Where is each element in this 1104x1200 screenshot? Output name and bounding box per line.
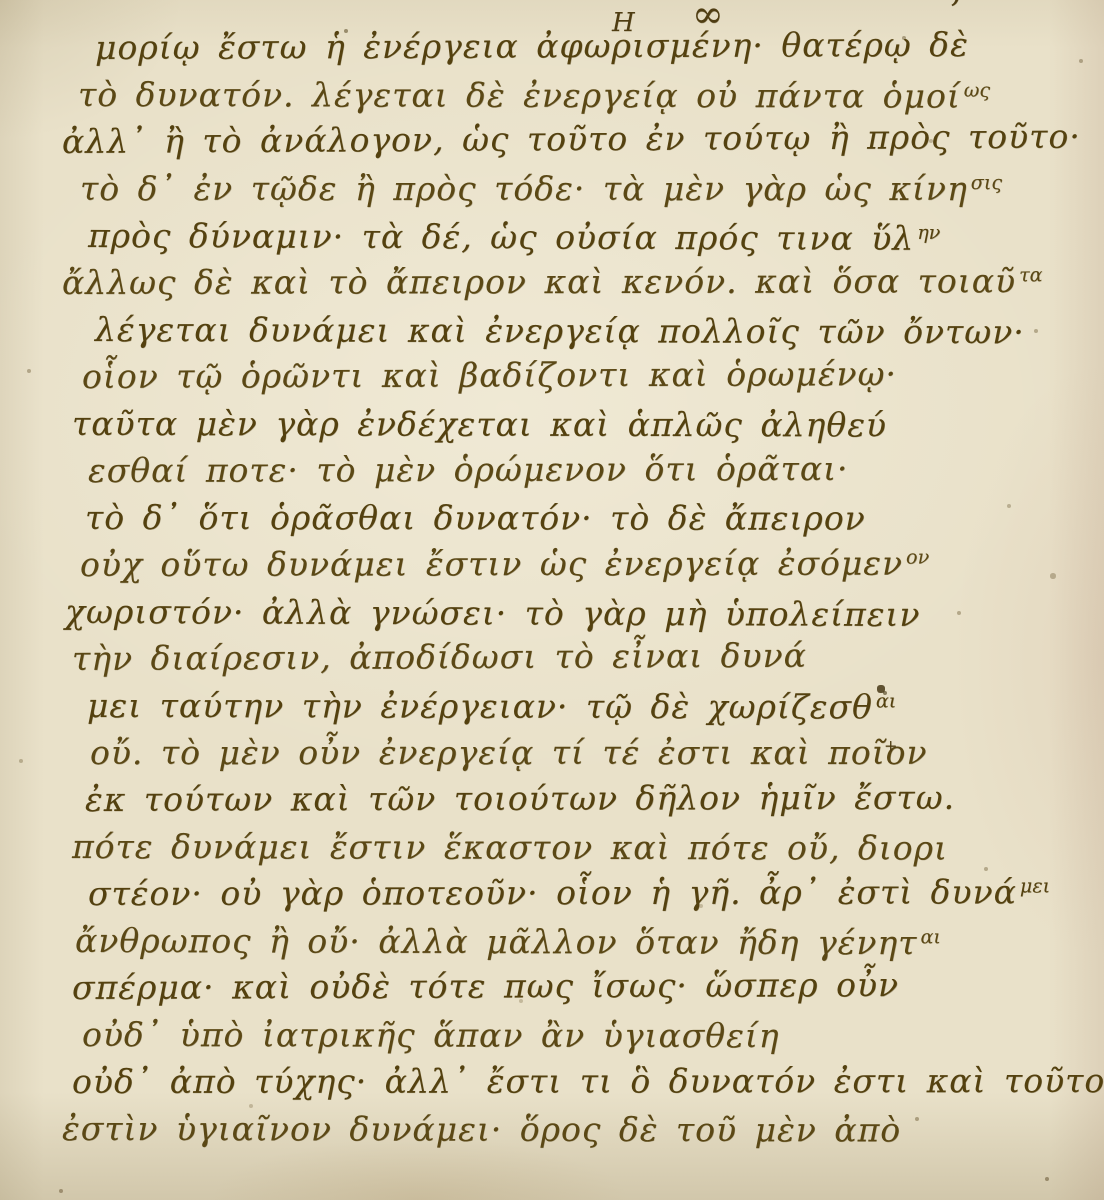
manuscript-line-text: σπέρμα· καὶ οὐδὲ τότε πως ἴσως· ὥσπερ οὖ… bbox=[72, 965, 899, 1007]
manuscript-line: ἀλλ᾽ ἢ τὸ ἀνάλογον, ὡς τοῦτο ἐν τούτῳ ἢ … bbox=[62, 117, 1081, 162]
manuscript-line: ἐκ τούτων καὶ τῶν τοιούτων δῆλον ἡμῖν ἔσ… bbox=[85, 778, 955, 820]
manuscript-line-text: πρὸς δύναμιν· τὰ δέ, ὡς οὐσία πρός τινα … bbox=[88, 216, 914, 258]
manuscript-line-text: τὴν διαίρεσιν, ἀποδίδωσι τὸ εἶναι δυνά bbox=[72, 636, 807, 678]
manuscript-line-text: πότε δυνάμει ἔστιν ἕκαστον καὶ πότε οὔ, … bbox=[72, 827, 948, 868]
superscript-abbreviation: ον bbox=[906, 538, 929, 578]
manuscript-line: λέγεται δυνάμει καὶ ἐνεργείᾳ πολλοῖς τῶν… bbox=[95, 310, 1025, 352]
manuscript-line: χωριστόν· ἀλλὰ γνώσει· τὸ γὰρ μὴ ὑπολείπ… bbox=[65, 592, 921, 635]
manuscript-line: οὔ. τὸ μὲν οὖν ἐνεργείᾳ τί τέ ἐστι καὶ π… bbox=[90, 733, 928, 773]
interlinear-mark: + bbox=[884, 736, 897, 755]
manuscript-line: τὸ δ᾽ ἐν τῷδε ἢ πρὸς τόδε· τὰ μὲν γὰρ ὡς… bbox=[80, 169, 1002, 214]
manuscript-line-text: χωριστόν· ἀλλὰ γνώσει· τὸ γὰρ μὴ ὑπολείπ… bbox=[65, 592, 921, 634]
manuscript-line-text: ἄλλως δὲ καὶ τὸ ἄπειρον καὶ κενόν. καὶ ὅ… bbox=[62, 261, 1016, 302]
superscript-abbreviation: σις bbox=[971, 163, 1002, 203]
manuscript-line-text: στέον· οὐ γὰρ ὁποτεοῦν· οἷον ἡ γῆ. ἆρ᾽ ἐ… bbox=[88, 872, 1017, 913]
manuscript-line-text: ἄνθρωπος ἢ οὔ· ἀλλὰ μᾶλλον ὅταν ἤδη γένη… bbox=[75, 921, 918, 962]
interlinear-mark: ∞ bbox=[692, 0, 724, 36]
manuscript-line: στέον· οὐ γὰρ ὁποτεοῦν· οἷον ἡ γῆ. ἆρ᾽ ἐ… bbox=[88, 872, 1050, 919]
manuscript-line: μορίῳ ἔστω ἡ ἐνέργεια ἀφωρισμένη· θατέρῳ… bbox=[95, 25, 969, 68]
manuscript-line-text: τὸ δ᾽ ἐν τῷδε ἢ πρὸς τόδε· τὰ μὲν γὰρ ὡς… bbox=[80, 169, 968, 208]
manuscript-page: μορίῳ ἔστω ἡ ἐνέργεια ἀφωρισμένη· θατέρῳ… bbox=[0, 0, 1104, 1200]
manuscript-line-text: μορίῳ ἔστω ἡ ἐνέργεια ἀφωρισμένη· θατέρῳ… bbox=[95, 25, 969, 67]
manuscript-line-text: ἐστὶν ὑγιαῖνον δυνάμει· ὅρος δὲ τοῦ μὲν … bbox=[62, 1109, 901, 1149]
manuscript-line: ἄνθρωπος ἢ οὔ· ἀλλὰ μᾶλλον ὅταν ἤδη γένη… bbox=[75, 921, 941, 968]
manuscript-line-text: λέγεται δυνάμει καὶ ἐνεργείᾳ πολλοῖς τῶν… bbox=[95, 310, 1025, 351]
manuscript-line: οὐδ᾽ ὑπὸ ἰατρικῆς ἅπαν ἂν ὑγιασθείη bbox=[82, 1015, 780, 1056]
manuscript-line: τὴν διαίρεσιν, ἀποδίδωσι τὸ εἶναι δυνά bbox=[72, 636, 807, 679]
manuscript-line: οἷον τῷ ὁρῶντι καὶ βαδίζοντι καὶ ὁρωμένῳ… bbox=[82, 354, 897, 397]
manuscript-line: οὐχ οὕτω δυνάμει ἔστιν ὡς ἐνεργείᾳ ἐσόμε… bbox=[80, 544, 929, 590]
paper-specks bbox=[0, 0, 2, 2]
manuscript-line: εσθαί ποτε· τὸ μὲν ὁρώμενον ὅτι ὁρᾶται· bbox=[88, 449, 849, 491]
manuscript-line: ἐστὶν ὑγιαῖνον δυνάμει· ὅρος δὲ τοῦ μὲν … bbox=[62, 1109, 901, 1150]
manuscript-line-text: οὐδ᾽ ἀπὸ τύχης· ἀλλ᾽ ἔστι τι ὃ δυνατόν ἐ… bbox=[72, 1061, 1104, 1101]
manuscript-line: μει ταύτην τὴν ἐνέργειαν· τῷ δὲ χωρίζεσθ… bbox=[87, 686, 896, 732]
superscript-abbreviation: ως bbox=[964, 71, 990, 111]
superscript-abbreviation: ην bbox=[917, 213, 940, 253]
manuscript-line: πρὸς δύναμιν· τὰ δέ, ὡς οὐσία πρός τινα … bbox=[88, 216, 940, 264]
superscript-abbreviation: αι bbox=[920, 918, 941, 958]
manuscript-line-text: εσθαί ποτε· τὸ μὲν ὁρώμενον ὅτι ὁρᾶται· bbox=[88, 449, 849, 490]
manuscript-line-text: τὸ δ᾽ ὅτι ὁρᾶσθαι δυνατόν· τὸ δὲ ἄπειρον bbox=[85, 498, 866, 538]
manuscript-line-text: ἐκ τούτων καὶ τῶν τοιούτων δῆλον ἡμῖν ἔσ… bbox=[85, 778, 955, 819]
manuscript-line: τὸ δυνατόν. λέγεται δὲ ἐνεργείᾳ οὐ πάντα… bbox=[78, 75, 990, 122]
manuscript-line-text: οὐδ᾽ ὑπὸ ἰατρικῆς ἅπαν ἂν ὑγιασθείη bbox=[82, 1015, 780, 1055]
superscript-abbreviation: αι bbox=[876, 682, 896, 722]
superscript-abbreviation: τα bbox=[1019, 256, 1043, 296]
manuscript-line-text: οὔ. τὸ μὲν οὖν ἐνεργείᾳ τί τέ ἐστι καὶ π… bbox=[90, 733, 928, 772]
manuscript-text-block: μορίῳ ἔστω ἡ ἐνέργεια ἀφωρισμένη· θατέρῳ… bbox=[78, 0, 1088, 1200]
manuscript-line: ἄλλως δὲ καὶ τὸ ἄπειρον καὶ κενόν. καὶ ὅ… bbox=[62, 261, 1043, 308]
manuscript-line-text: οὐχ οὕτω δυνάμει ἔστιν ὡς ἐνεργείᾳ ἐσόμε… bbox=[80, 544, 903, 584]
manuscript-line: ταῦτα μὲν γὰρ ἐνδέχεται καὶ ἁπλῶς ἀληθεύ bbox=[72, 404, 887, 445]
superscript-abbreviation: μει bbox=[1020, 867, 1050, 907]
manuscript-line: σπέρμα· καὶ οὐδὲ τότε πως ἴσως· ὥσπερ οὖ… bbox=[72, 965, 899, 1008]
interlinear-mark: Η bbox=[612, 8, 635, 38]
manuscript-line-text: μει ταύτην τὴν ἐνέργειαν· τῷ δὲ χωρίζεσθ bbox=[87, 686, 873, 726]
manuscript-line-text: ἀλλ᾽ ἢ τὸ ἀνάλογον, ὡς τοῦτο ἐν τούτῳ ἢ … bbox=[62, 117, 1081, 161]
manuscript-line-text: ταῦτα μὲν γὰρ ἐνδέχεται καὶ ἁπλῶς ἀληθεύ bbox=[72, 404, 887, 444]
manuscript-line-text: τὸ δυνατόν. λέγεται δὲ ἐνεργείᾳ οὐ πάντα… bbox=[78, 75, 961, 116]
manuscript-line: οὐδ᾽ ἀπὸ τύχης· ἀλλ᾽ ἔστι τι ὃ δυνατόν ἐ… bbox=[72, 1061, 1104, 1102]
manuscript-line: πότε δυνάμει ἔστιν ἕκαστον καὶ πότε οὔ, … bbox=[72, 827, 948, 869]
manuscript-line-text: οἷον τῷ ὁρῶντι καὶ βαδίζοντι καὶ ὁρωμένῳ… bbox=[82, 354, 897, 396]
manuscript-line: τὸ δ᾽ ὅτι ὁρᾶσθαι δυνατόν· τὸ δὲ ἄπειρον bbox=[85, 498, 866, 539]
